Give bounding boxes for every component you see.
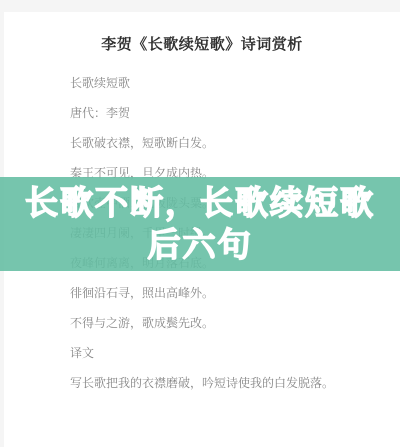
article-title: 李贺《长歌续短歌》诗词赏析 <box>4 12 400 54</box>
poem-line: 不得与之游，歌成鬓先改。 <box>4 308 400 338</box>
poem-title: 长歌续短歌 <box>4 68 400 98</box>
translation-line: 写长歌把我的衣襟磨破，吟短诗使我的白发脱落。 <box>4 368 400 398</box>
title-overlay-banner: 长歌不断，长歌续短歌 后六句 <box>0 177 400 271</box>
poem-line: 长歌破衣襟，短歌断白发。 <box>4 128 400 158</box>
translation-label: 译文 <box>4 338 400 368</box>
poem-dynasty-author: 唐代：李贺 <box>4 98 400 128</box>
overlay-text-line2: 后六句 <box>148 224 253 266</box>
page-viewport: 李贺《长歌续短歌》诗词赏析 长歌续短歌 唐代：李贺 长歌破衣襟，短歌断白发。 秦… <box>0 0 400 447</box>
overlay-text-line1: 长歌不断，长歌续短歌 <box>25 182 375 224</box>
poem-line: 徘徊沿石寻，照出高峰外。 <box>4 278 400 308</box>
